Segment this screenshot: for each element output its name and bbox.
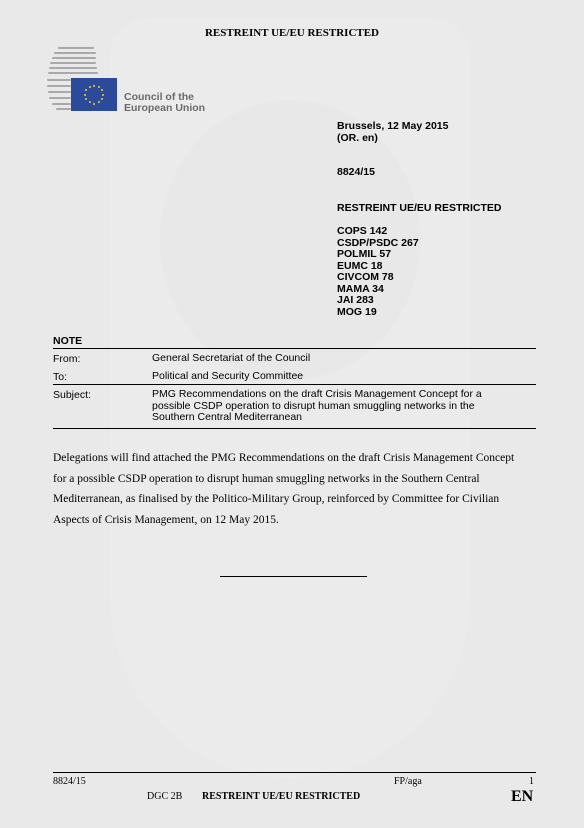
classification-marking: RESTREINT UE/EU RESTRICTED [337, 203, 502, 215]
organisation-name: Council of the European Union [124, 92, 205, 114]
original-language: (OR. en) [337, 133, 378, 145]
distribution-code: CIVCOM 78 [337, 272, 419, 284]
body-line: for a possible CSDP operation to disrupt… [53, 469, 543, 490]
divider [53, 348, 536, 349]
body-paragraph: Delegations will find attached the PMG R… [53, 448, 543, 530]
document-number: 8824/15 [337, 167, 375, 179]
body-line: Mediterranean, as finalised by the Polit… [53, 489, 543, 510]
subject-value: PMG Recommendations on the draft Crisis … [152, 389, 532, 424]
to-value: Political and Security Committee [152, 371, 532, 383]
body-line: Delegations will find attached the PMG R… [53, 448, 543, 469]
council-logo: Council of the European Union [46, 45, 236, 115]
from-label: From: [53, 353, 80, 365]
footer-language: EN [511, 788, 533, 806]
distribution-code: POLMIL 57 [337, 249, 419, 261]
from-value: General Secretariat of the Council [152, 353, 532, 365]
header-classification: RESTREINT UE/EU RESTRICTED [0, 27, 584, 39]
subject-line: Southern Central Mediterranean [152, 412, 532, 424]
footer-initials: FP/aga [394, 776, 422, 787]
footer-doc-number: 8824/15 [53, 776, 86, 787]
place-date: Brussels, 12 May 2015 [337, 121, 449, 133]
subject-label: Subject: [53, 389, 91, 401]
divider [53, 428, 536, 429]
distribution-code: COPS 142 [337, 226, 419, 238]
subject-line: PMG Recommendations on the draft Crisis … [152, 389, 532, 401]
end-of-text-line [220, 576, 367, 577]
distribution-code: MOG 19 [337, 307, 419, 319]
body-line: Aspects of Crisis Management, on 12 May … [53, 510, 543, 531]
footer-divider [53, 772, 536, 773]
distribution-codes: COPS 142CSDP/PSDC 267POLMIL 57EUMC 18CIV… [337, 226, 419, 318]
organisation-line2: European Union [124, 103, 205, 114]
note-title: NOTE [53, 335, 82, 347]
footer-dept: DGC 2B [147, 791, 182, 802]
footer-classification: RESTREINT UE/EU RESTRICTED [202, 791, 360, 802]
eu-flag-icon [71, 78, 117, 111]
to-label: To: [53, 371, 67, 383]
divider [53, 384, 536, 385]
footer-page-number: 1 [529, 776, 534, 787]
distribution-code: JAI 283 [337, 295, 419, 307]
